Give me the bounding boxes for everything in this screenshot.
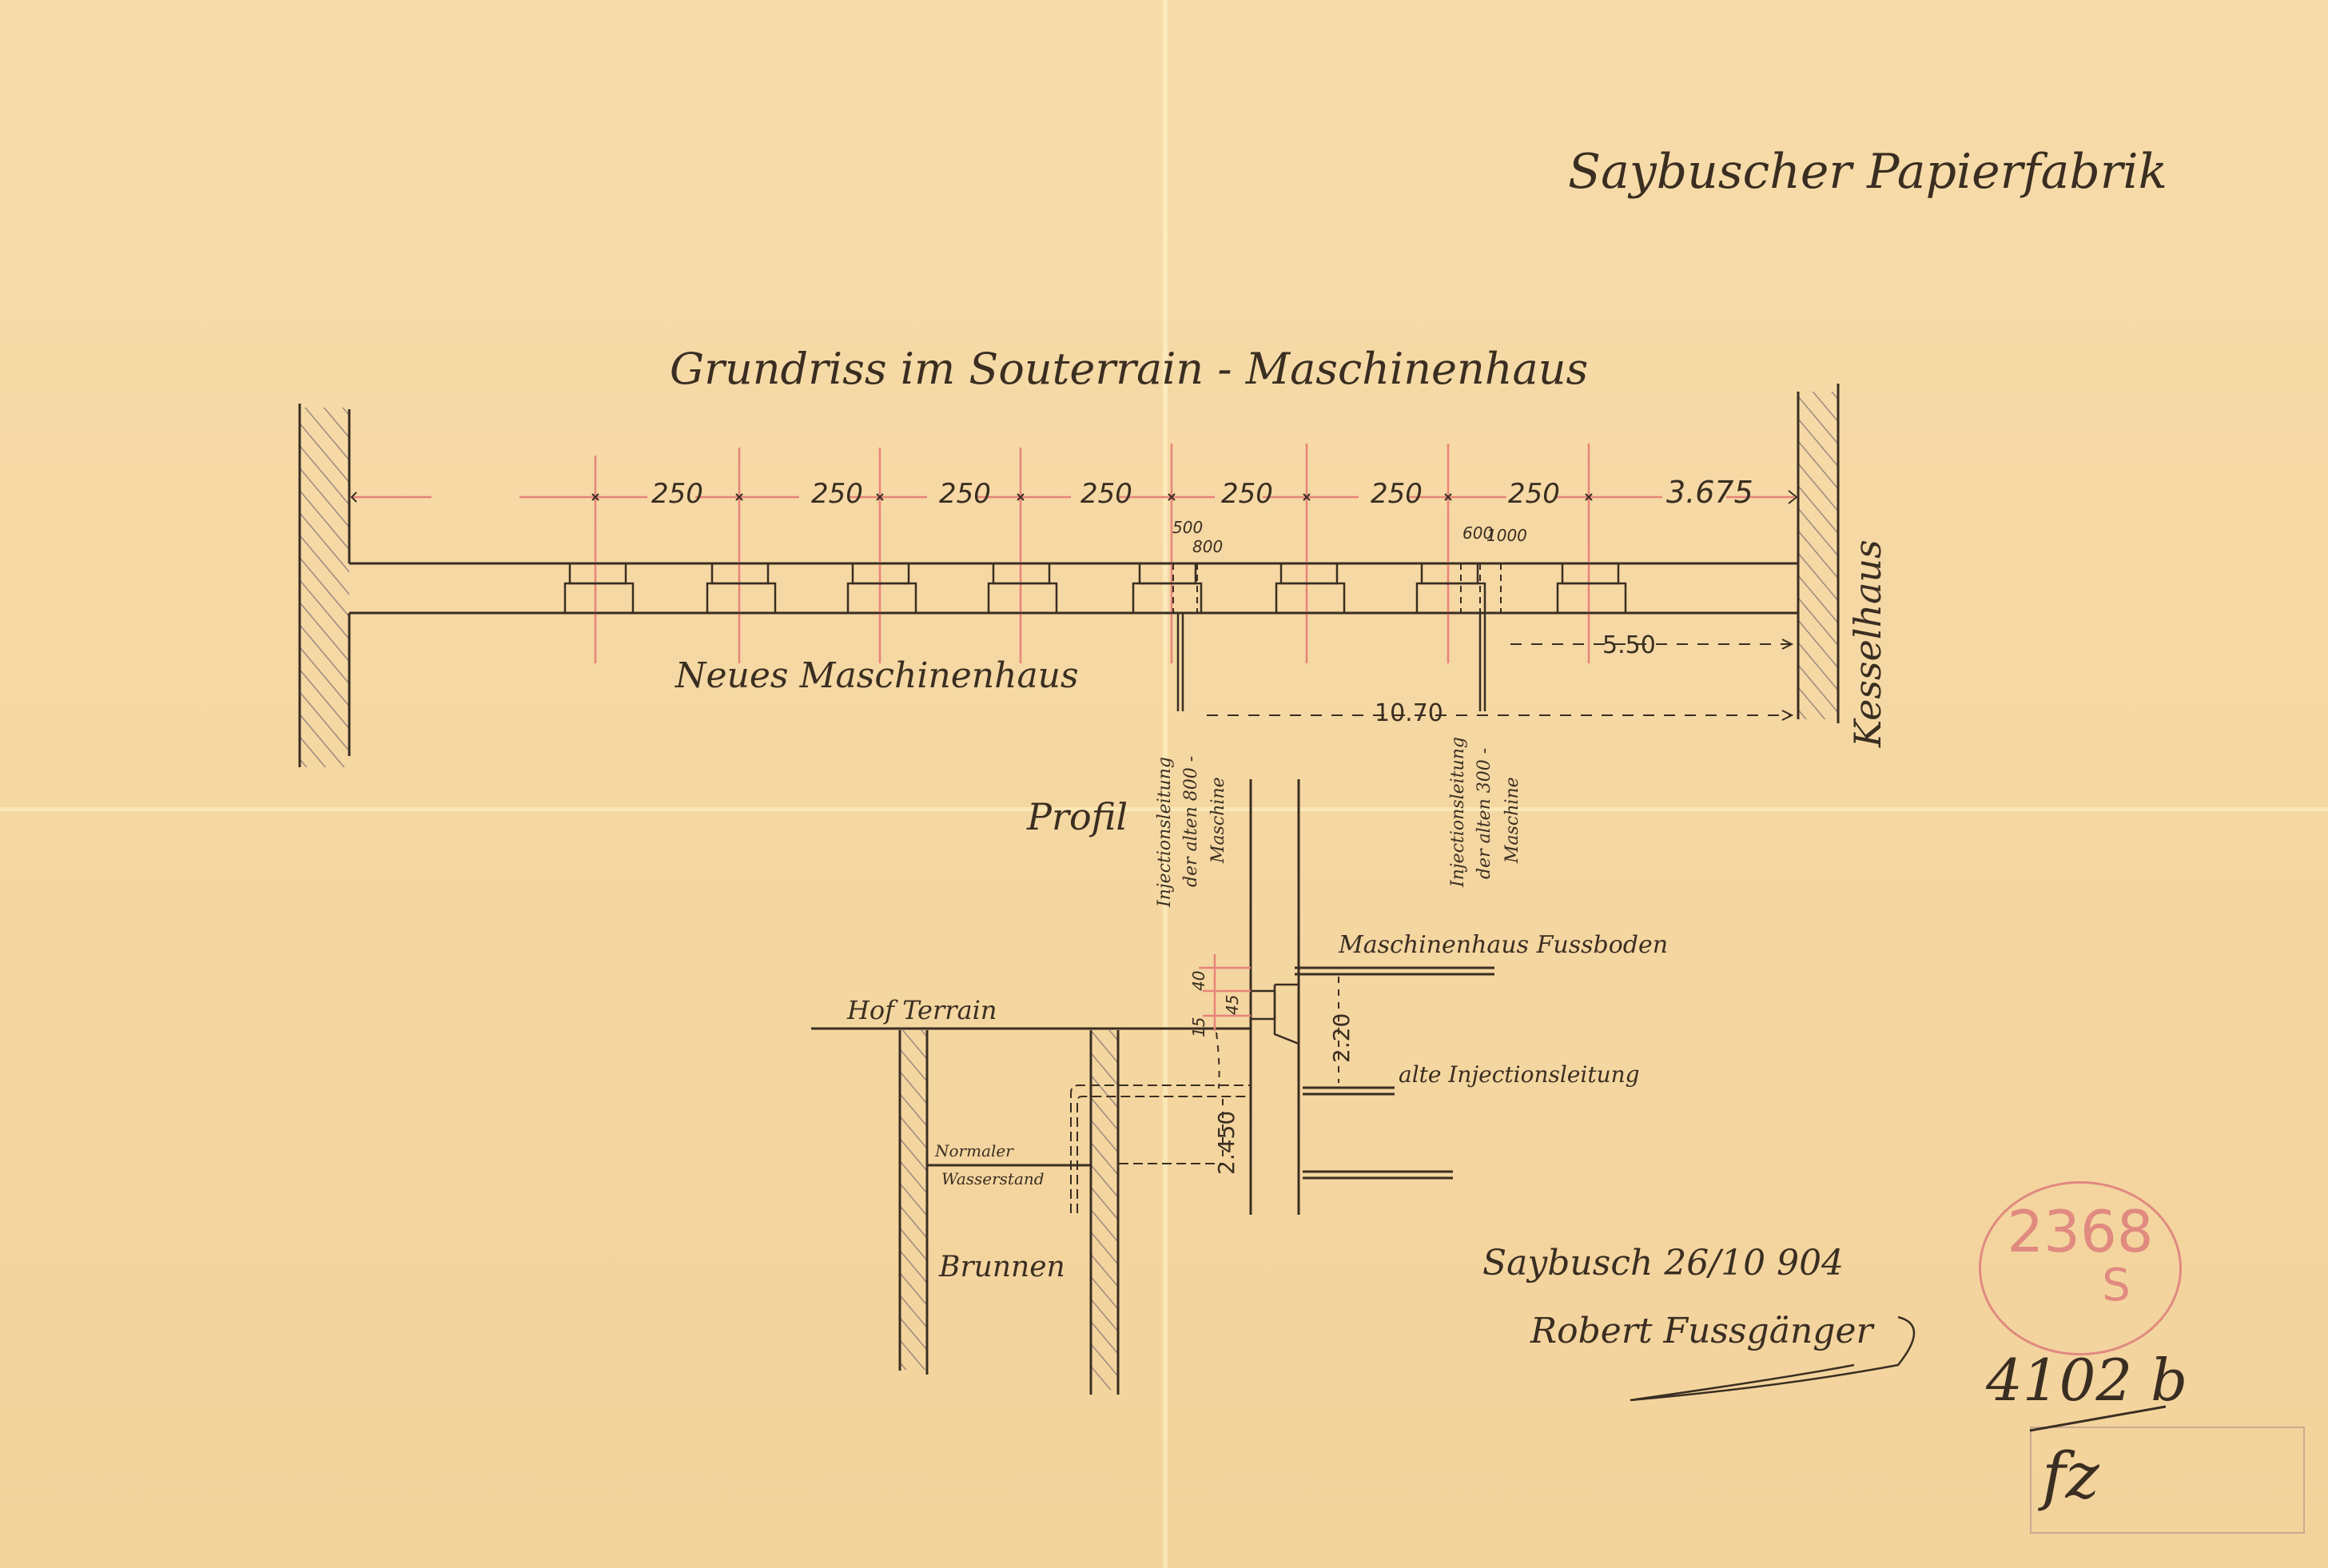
signature-flourish — [1622, 1311, 1942, 1407]
dim-2-20: 2.20 — [1328, 1013, 1355, 1063]
archive-stamp: 2368 S — [1979, 1181, 2182, 1355]
distance-dimensions — [1207, 644, 1790, 715]
spacing-1: 250 — [651, 478, 703, 510]
stamp-number: 2368 — [1981, 1200, 2179, 1264]
pipe-b-note-3: Maschine — [1502, 777, 1522, 863]
distance-long: 10.70 — [1375, 699, 1443, 727]
plan-right-wall — [1798, 384, 1838, 723]
pipe-b-note-1: Injectionsleitung — [1448, 737, 1468, 887]
yard-label: Hof Terrain — [847, 995, 997, 1025]
pipe-b-note-2: der alten 300 - — [1474, 748, 1494, 879]
well-label: Brunnen — [939, 1251, 1065, 1283]
spacing-7: 250 — [1508, 478, 1560, 510]
water-level-label-2: Wasserstand — [941, 1169, 1045, 1188]
spacing-5: 250 — [1221, 478, 1273, 510]
left-building-label: Neues Maschinenhaus — [675, 655, 1079, 696]
dim-45: 45 — [1223, 995, 1242, 1015]
spacing-3: 250 — [939, 478, 991, 510]
dim-2-450: 2.450 — [1213, 1111, 1240, 1175]
old-pipe-label: alte Injectionsleitung — [1399, 1061, 1640, 1088]
pipe-b-fraction-bottom: 1000 — [1486, 526, 1527, 545]
profile-label: Profil — [1027, 795, 1128, 838]
pipe-a-note-3: Maschine — [1208, 777, 1228, 863]
pipe-a-note-2: der alten 800 - — [1181, 756, 1201, 887]
spacing-2: 250 — [811, 478, 863, 510]
pipe-drops — [1178, 613, 1485, 711]
dim-15: 15 — [1189, 1017, 1208, 1037]
initials: fz — [2042, 1439, 2099, 1513]
plan-title: Grundriss im Souterrain - Maschinenhaus — [670, 344, 1588, 394]
end-spacing: 3.675 — [1666, 475, 1753, 510]
water-level-label-1: Normaler — [935, 1141, 1013, 1160]
machine-foundations — [565, 563, 1626, 613]
plan-channel — [349, 563, 1798, 613]
company-header: Saybuscher Papierfabrik — [1568, 144, 2167, 200]
pipe-a-fraction-bottom: 800 — [1192, 537, 1223, 556]
pipe-a-fraction-top: 500 — [1172, 518, 1203, 537]
distance-short: 5.50 — [1602, 631, 1656, 659]
red-axis-lines — [352, 444, 1794, 663]
dim-40: 40 — [1189, 971, 1208, 991]
floor-label: Maschinenhaus Fussboden — [1339, 931, 1668, 959]
place-date: Saybusch 26/10 904 — [1482, 1243, 1844, 1283]
plan-left-wall — [300, 404, 349, 767]
stamp-letter: S — [2053, 1264, 2179, 1308]
profile-bracket — [1251, 985, 1299, 1044]
right-building-label: Kesselhaus — [1846, 539, 1889, 747]
spacing-6: 250 — [1371, 478, 1423, 510]
spacing-4: 250 — [1080, 478, 1132, 510]
pipe-a-note-1: Injectionsleitung — [1155, 757, 1175, 907]
well-walls — [900, 1030, 1118, 1395]
